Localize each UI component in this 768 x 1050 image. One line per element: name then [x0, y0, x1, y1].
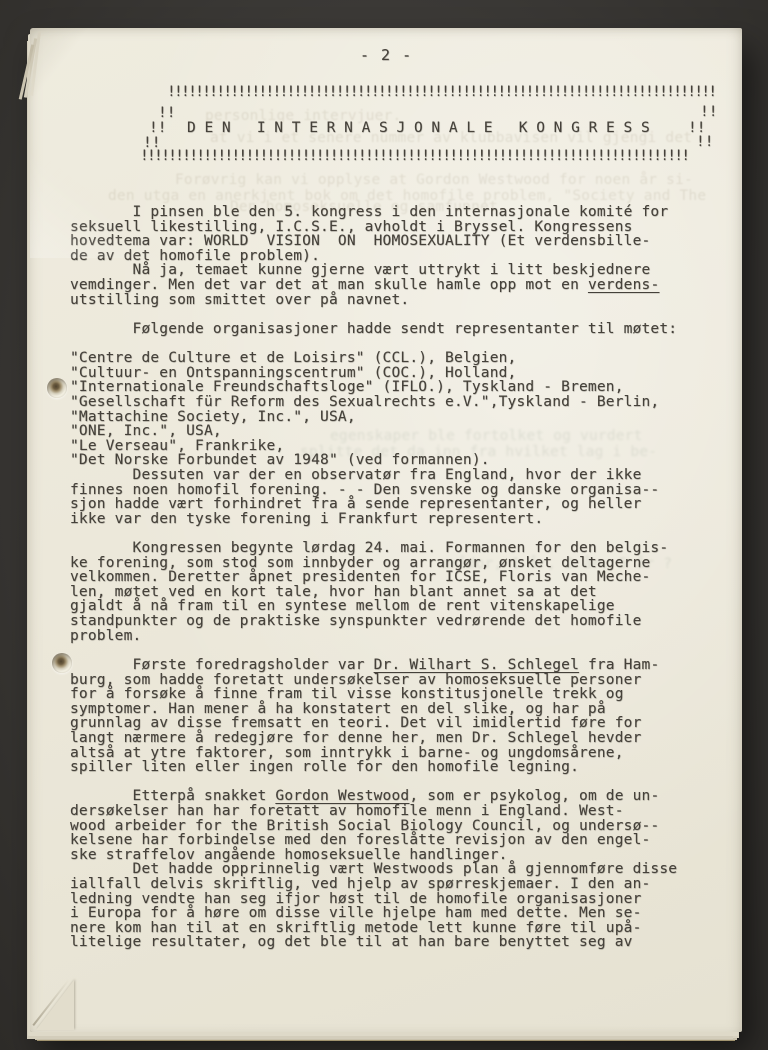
- text-line: spiller liten eller ingen rolle for den …: [70, 760, 710, 775]
- text-line: sjon hadde vært forhindret fra å sende r…: [70, 497, 710, 512]
- text-line: Nå ja, temaet kunne gjerne vært uttrykt …: [70, 263, 710, 278]
- banner-side-mark: !!: [696, 134, 713, 150]
- punch-hole-top: [47, 378, 67, 398]
- underlined-text: verdens-: [588, 277, 659, 293]
- text-line: "Det Norske Forbundet av 1948" (ved form…: [70, 453, 710, 468]
- text-line: burg, som hadde foretatt undersøkelser a…: [70, 673, 710, 688]
- text-line: problem.: [70, 629, 710, 644]
- underlined-text: Dr. Wilhart S. Schlegel: [374, 657, 579, 673]
- text-line: [70, 526, 710, 541]
- text-line: ikke var den tyske forening i Frankfurt …: [70, 512, 710, 527]
- text-line: seksuell likestilling, I.C.S.E., avholdt…: [70, 220, 710, 235]
- underlined-text: Gordon Westwood: [275, 788, 409, 804]
- text-line: grunnlag av disse fremsatt en teori. Det…: [70, 716, 710, 731]
- banner-side-mark: !!: [158, 105, 175, 121]
- scanned-page: - 2 - !!!!!!!!!!!!!!!!!!!!!!!!!!!!!!!!!!…: [30, 28, 742, 1032]
- text-line: [70, 307, 710, 322]
- text-line: iallfall delvis skriftlig, ved hjelp av …: [70, 877, 710, 892]
- banner-title: D E N I N T E R N A S J O N A L E K O N …: [187, 120, 650, 136]
- text-line: vemdinger. Men det var det at man skulle…: [70, 278, 710, 293]
- folded-corner: [36, 980, 74, 1030]
- banner-border-top: !!!!!!!!!!!!!!!!!!!!!!!!!!!!!!!!!!!!!!!!…: [167, 84, 719, 100]
- text-line: Det hadde opprinnelig vært Westwoods pla…: [70, 862, 710, 877]
- stacked-sheet-edges: [26, 30, 78, 100]
- text-line: [70, 643, 710, 658]
- banner-border-bottom: !!!!!!!!!!!!!!!!!!!!!!!!!!!!!!!!!!!!!!!!…: [140, 148, 692, 164]
- banner-side-mark: !!: [700, 104, 717, 120]
- title-banner: !!!!!!!!!!!!!!!!!!!!!!!!!!!!!!!!!!!!!!!!…: [140, 84, 715, 170]
- text-line: Første foredragsholder var Dr. Wilhart S…: [70, 658, 710, 673]
- text-line: finnes noen homofil forening. - - Den sv…: [70, 483, 710, 498]
- text-line: "Cultuur- en Ontspanningscentrum" (COC.)…: [70, 366, 710, 381]
- scan-backdrop: { "page": { "number_label": "- 2 -", "ba…: [0, 0, 768, 1050]
- text-line: standpunkter og de praktiske synspunkter…: [70, 614, 710, 629]
- text-line: Etterpå snakket Gordon Westwood, som er …: [70, 789, 710, 804]
- text-line: velkommen. Deretter åpnet presidenten fo…: [70, 570, 710, 585]
- text-line: I pinsen ble den 5. kongress i den inter…: [70, 205, 710, 220]
- text-line: i Europa for å høre om disse ville hjelp…: [70, 906, 710, 921]
- text-line: Følgende organisasjoner hadde sendt repr…: [70, 322, 710, 337]
- bleedthrough-text: Forøvrig kan vi opplyse at Gordon Westwo…: [175, 172, 693, 188]
- banner-side-mark: !!: [149, 120, 166, 136]
- text-line: for å forsøke å finne fram til visse kon…: [70, 687, 710, 702]
- text-line: Kongressen begynte lørdag 24. mai. Forma…: [70, 541, 710, 556]
- document-text: I pinsen ble den 5. kongress i den inter…: [70, 205, 710, 950]
- text-line: Dessuten var der en observatør fra Engla…: [70, 468, 710, 483]
- text-line: hovedtema var: WORLD VISION ON HOMOSEXUA…: [70, 234, 710, 249]
- text-line: langt nærmere å redegjøre for denne her,…: [70, 731, 710, 746]
- page-number: - 2 -: [360, 46, 413, 64]
- punch-hole-bottom: [52, 653, 72, 673]
- text-line: dersøkelser han har foretatt av homofile…: [70, 804, 710, 819]
- text-line: "ONE, Inc.", USA,: [70, 424, 710, 439]
- text-line: [70, 336, 710, 351]
- text-line: "Le Verseau", Frankrike,: [70, 439, 710, 454]
- text-line: "Internationale Freundschaftsloge" (IFLO…: [70, 380, 710, 395]
- text-line: wood arbeider for the British Social Bio…: [70, 819, 710, 834]
- text-line: altså at ytre faktorer, som inntrykk i b…: [70, 746, 710, 761]
- text-line: "Gesellschaft für Reform des Sexualrecht…: [70, 395, 710, 410]
- text-line: "Mattachine Society, Inc.", USA,: [70, 410, 710, 425]
- text-line: "Centre de Culture et de Loisirs" (CCL.)…: [70, 351, 710, 366]
- text-line: gjaldt å nå fram til en syntese mellom d…: [70, 599, 710, 614]
- text-line: litelige resultater, og det ble til at h…: [70, 935, 710, 950]
- text-line: utstilling som smittet over på navnet.: [70, 293, 710, 308]
- text-line: symptomer. Han mener å ha konstatert en …: [70, 702, 710, 717]
- bleedthrough-text: den utga en anerkjent bok om det homofil…: [108, 188, 706, 204]
- text-line: kelsene har forbindelse med den foreslåt…: [70, 833, 710, 848]
- text-line: nere kom han til at en skriftlig metode …: [70, 921, 710, 936]
